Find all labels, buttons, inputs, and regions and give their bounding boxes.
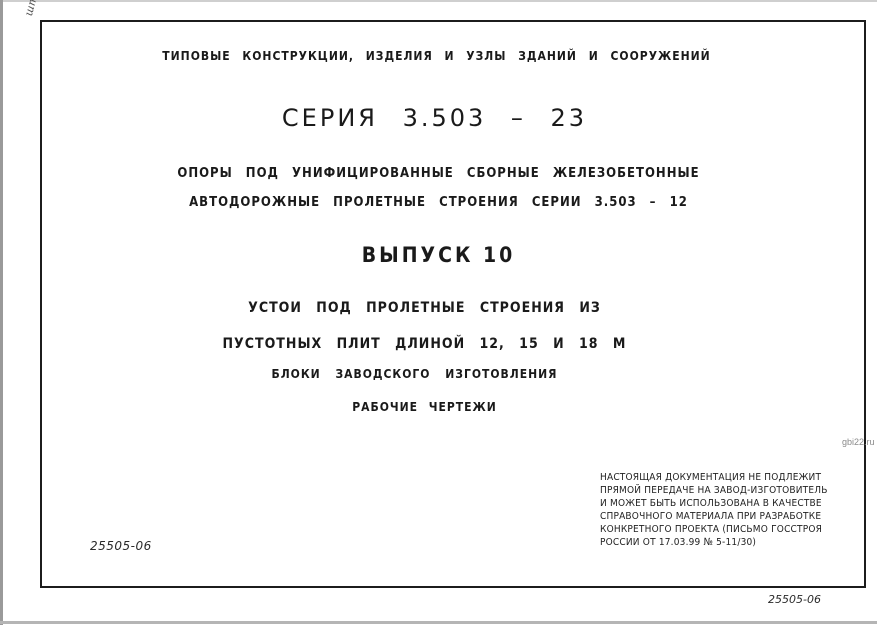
- watermark: gbi22.ru: [842, 437, 875, 447]
- notice-line: НАСТОЯЩАЯ ДОКУМЕНТАЦИЯ НЕ ПОДЛЕЖИТ: [600, 471, 850, 484]
- notice-line: И МОЖЕТ БЫТЬ ИСПОЛЬЗОВАНА В КАЧЕСТВЕ: [600, 497, 850, 510]
- notice-line: СПРАВОЧНОГО МАТЕРИАЛА ПРИ РАЗРАБОТКЕ: [600, 510, 850, 523]
- subtitle-line-2: ПУСТОТНЫХ ПЛИТ ДЛИНОЙ 12, 15 И 18 М: [0, 336, 863, 352]
- scan-bottom-edge: [0, 621, 877, 624]
- notice-line: КОНКРЕТНОГО ПРОЕКТА (ПИСЬМО ГОССТРОЯ: [600, 523, 850, 536]
- notice-line: РОССИИ ОТ 17.03.99 № 5-11/30): [600, 536, 850, 549]
- series-title: СЕРИЯ 3.503 – 23: [0, 104, 873, 132]
- title-line-2: АВТОДОРОЖНЫЕ ПРОЛЕТНЫЕ СТРОЕНИЯ СЕРИИ 3.…: [0, 195, 877, 210]
- usage-notice: НАСТОЯЩАЯ ДОКУМЕНТАЦИЯ НЕ ПОДЛЕЖИТ ПРЯМО…: [600, 471, 850, 549]
- inventory-number-bottom: 25505-06: [768, 593, 821, 606]
- document-header: ТИПОВЫЕ КОНСТРУКЦИИ, ИЗДЕЛИЯ И УЗЛЫ ЗДАН…: [0, 49, 875, 63]
- handwritten-corner-mark: шт.: [22, 0, 41, 17]
- notice-line: ПРЯМОЙ ПЕРЕДАЧЕ НА ЗАВОД-ИЗГОТОВИТЕЛЬ: [600, 484, 850, 497]
- subtitle-line-4: РАБОЧИЕ ЧЕРТЕЖИ: [0, 400, 863, 414]
- inventory-number: 25505-06: [90, 539, 152, 553]
- issue-title: ВЫПУСК 10: [0, 243, 877, 267]
- title-line-1: ОПОРЫ ПОД УНИФИЦИРОВАННЫЕ СБОРНЫЕ ЖЕЛЕЗО…: [0, 166, 877, 181]
- scan-top-edge: [0, 0, 877, 2]
- subtitle-line-1: УСТОИ ПОД ПРОЛЕТНЫЕ СТРОЕНИЯ ИЗ: [0, 300, 863, 316]
- subtitle-line-3: БЛОКИ ЗАВОДСКОГО ИЗГОТОВЛЕНИЯ: [0, 367, 853, 381]
